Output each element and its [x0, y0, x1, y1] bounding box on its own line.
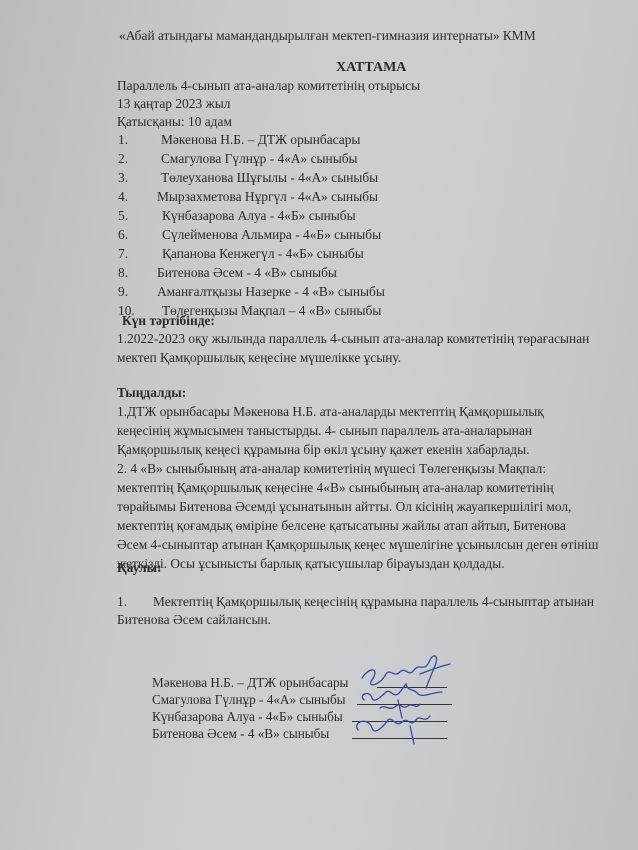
- signatory-row: Күнбазарова Алуа - 4«Б» сыныбы: [152, 708, 348, 725]
- signatory-row: Смагулова Гүлнұр - 4«А» сыныбы: [152, 691, 348, 708]
- listened-line: Қамқоршылық кеңесі құрамына бір өкіл ұсы…: [117, 440, 529, 459]
- listened-line: 1.ДТЖ орынбасары Мәкенова Н.Б. ата-анала…: [117, 402, 544, 421]
- agenda-line: мектеп Қамқоршылық кеңесіне мүшелікке ұс…: [117, 348, 401, 367]
- signatory-row: Мәкенова Н.Б. – ДТЖ орынбасары: [152, 674, 348, 691]
- decision-item-num: 1.: [117, 592, 127, 611]
- decision-line: Битенова Әсем сайлансын.: [117, 610, 271, 629]
- agenda-heading: Күн тәртібінде:: [122, 311, 215, 330]
- listened-line: жеткізді. Осы ұсынысты барлық қатысушыла…: [117, 554, 505, 573]
- decision-line: Мектептің Қамқоршылық кеңесінің құрамына…: [153, 592, 594, 611]
- listened-line: төрайымы Битенова Әсемді ұсынатынын айтт…: [117, 497, 571, 516]
- document-title: ХАТТАМА: [336, 58, 406, 77]
- listened-line: мектептің қоғамдық өміріне белсене қатыс…: [117, 516, 566, 535]
- decision-heading: Қаулы:: [117, 558, 162, 577]
- listened-line: кеңесінің жұмысымен таныстырды. 4- сынып…: [117, 421, 532, 440]
- agenda-line: 1.2022-2023 оқу жылында параллель 4-сыны…: [117, 329, 589, 348]
- listened-line: 2. 4 «В» сыныбының ата-аналар комитетіні…: [117, 459, 546, 478]
- signatory-row: Битенова Әсем - 4 «В» сыныбы: [152, 725, 348, 742]
- attendance-count: Қатысқаны: 10 адам: [117, 112, 232, 131]
- document-page: «Абай атындағы мамандандырылған мектеп-г…: [0, 0, 638, 850]
- meeting-subtitle: Параллель 4-сынып ата-аналар комитетінің…: [117, 76, 420, 95]
- meeting-date: 13 қаңтар 2023 жыл: [117, 94, 230, 113]
- organization-header: «Абай атындағы мамандандырылған мектеп-г…: [119, 26, 536, 45]
- handwritten-signatures-icon: [350, 648, 460, 748]
- listened-heading: Тыңдалды:: [117, 383, 186, 402]
- signatures-block: Мәкенова Н.Б. – ДТЖ орынбасары Смагулова…: [152, 674, 348, 742]
- listened-line: мектептің Қамқоршылық кеңесіне 4«В» сыны…: [117, 478, 554, 497]
- listened-line: Әсем 4-сыныптар атынан Қамқоршылық кеңес…: [117, 535, 598, 554]
